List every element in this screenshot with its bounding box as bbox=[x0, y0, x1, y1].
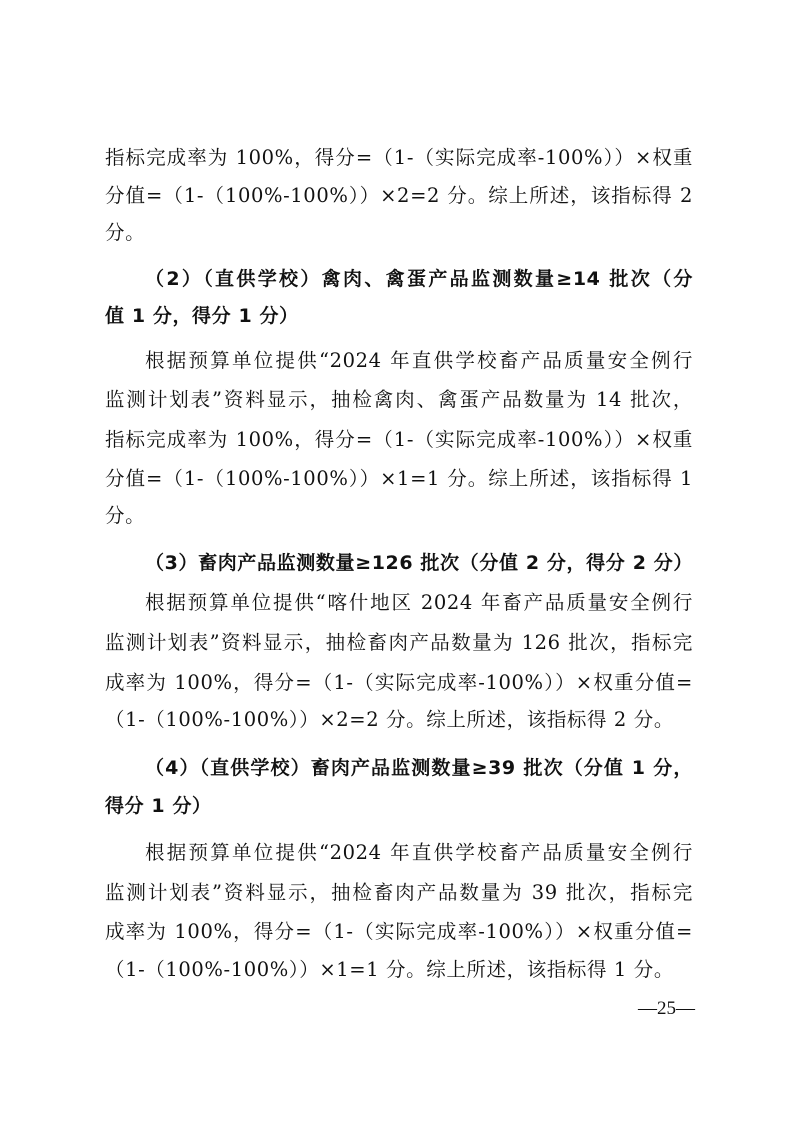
page-number: —25— bbox=[638, 998, 695, 1020]
text-line: 成率为 100%，得分=（1-（实际完成率-100%））×权重分值= bbox=[105, 919, 693, 945]
text-line: 分值=（1-（100%-100%））×2=2 分。综上所述，该指标得 2 bbox=[105, 183, 693, 209]
text-line: 监测计划表”资料显示，抽检畜肉产品数量为 126 批次，指标完 bbox=[105, 630, 693, 656]
text-line: 成率为 100%，得分=（1-（实际完成率-100%））×权重分值= bbox=[105, 670, 693, 696]
text-line: 分值=（1-（100%-100%））×1=1 分。综上所述，该指标得 1 bbox=[105, 466, 693, 492]
heading-line: 值 1 分，得分 1 分） bbox=[105, 303, 693, 329]
text-line: 根据预算单位提供“喀什地区 2024 年畜产品质量安全例行 bbox=[145, 590, 693, 616]
text-line: 监测计划表”资料显示，抽检禽肉、禽蛋产品数量为 14 批次， bbox=[105, 387, 693, 413]
text-line: 分。 bbox=[105, 503, 693, 529]
text-line: 根据预算单位提供“2024 年直供学校畜产品质量安全例行 bbox=[145, 840, 693, 866]
text-line: 根据预算单位提供“2024 年直供学校畜产品质量安全例行 bbox=[145, 348, 693, 374]
text-line: 指标完成率为 100%，得分=（1-（实际完成率-100%））×权重 bbox=[105, 145, 693, 171]
text-line: （1-（100%-100%））×2=2 分。综上所述，该指标得 2 分。 bbox=[105, 707, 693, 733]
heading-line: （4）（直供学校）畜肉产品监测数量≥39 批次（分值 1 分， bbox=[145, 755, 693, 781]
heading-line: 得分 1 分） bbox=[105, 793, 693, 819]
text-line: 分。 bbox=[105, 220, 693, 246]
text-line: 监测计划表”资料显示，抽检畜肉产品数量为 39 批次，指标完 bbox=[105, 880, 693, 906]
text-line: 指标完成率为 100%，得分=（1-（实际完成率-100%））×权重 bbox=[105, 427, 693, 453]
heading-line: （2）（直供学校）禽肉、禽蛋产品监测数量≥14 批次（分 bbox=[145, 266, 693, 292]
text-line: （1-（100%-100%））×1=1 分。综上所述，该指标得 1 分。 bbox=[105, 957, 693, 983]
heading-line: （3）畜肉产品监测数量≥126 批次（分值 2 分，得分 2 分） bbox=[145, 550, 693, 576]
